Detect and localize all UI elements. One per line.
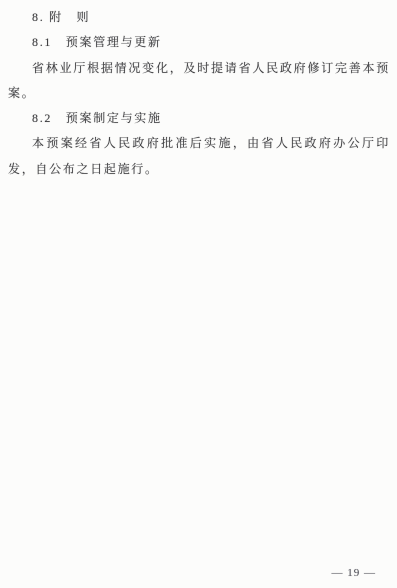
section-heading-8: 8. 附 则 <box>8 5 390 30</box>
document-content: 8. 附 则 8.1 预案管理与更新 省林业厅根据情况变化，及时提请省人民政府修… <box>8 5 390 182</box>
page-number: — 19 — <box>332 568 377 579</box>
document-page: 8. 附 则 8.1 预案管理与更新 省林业厅根据情况变化，及时提请省人民政府修… <box>0 0 397 588</box>
paragraph-8-1: 省林业厅根据情况变化，及时提请省人民政府修订完善本预案。 <box>8 56 390 107</box>
section-heading-8-1: 8.1 预案管理与更新 <box>8 30 390 55</box>
section-heading-8-2: 8.2 预案制定与实施 <box>8 106 390 131</box>
paragraph-8-2: 本预案经省人民政府批准后实施，由省人民政府办公厅印发，自公布之日起施行。 <box>8 131 390 182</box>
